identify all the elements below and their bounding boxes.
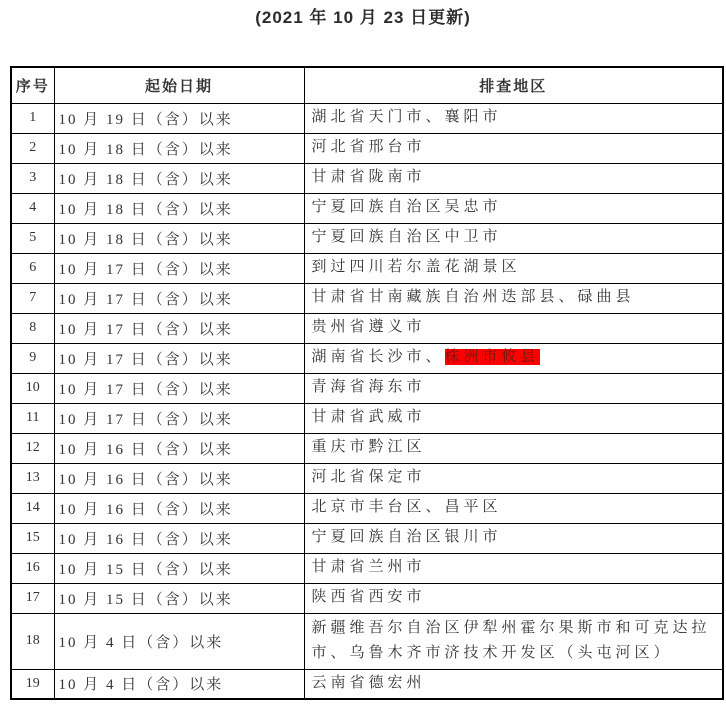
screening-table: 序号 起始日期 排查地区 1 10 月 19 日（含）以来 湖北省天门市、襄阳市… [10,66,724,700]
region-text: 湖南省长沙市、 [312,349,445,365]
region-cell: 到过四川若尔盖花湖景区 [304,253,723,283]
region-cell: 湖南省长沙市、株洲市攸县 [304,343,723,373]
region-cell: 甘肃省武威市 [304,403,723,433]
row-number-cell: 6 [11,253,54,283]
row-number-cell: 10 [11,373,54,403]
row-number-cell: 9 [11,343,54,373]
row-number-cell: 12 [11,433,54,463]
region-cell: 新疆维吾尔自治区伊犁州霍尔果斯市和可克达拉市、乌鲁木齐市济技术开发区（头屯河区） [304,613,723,669]
table-header-row: 序号 起始日期 排查地区 [11,67,723,103]
table-row: 15 10 月 16 日（含）以来 宁夏回族自治区银川市 [11,523,723,553]
row-number-cell: 11 [11,403,54,433]
start-date-cell: 10 月 17 日（含）以来 [54,283,304,313]
start-date-cell: 10 月 19 日（含）以来 [54,103,304,133]
row-number-cell: 17 [11,583,54,613]
start-date-cell: 10 月 4 日（含）以来 [54,669,304,699]
table-row: 18 10 月 4 日（含）以来 新疆维吾尔自治区伊犁州霍尔果斯市和可克达拉市、… [11,613,723,669]
start-date-cell: 10 月 4 日（含）以来 [54,613,304,669]
region-cell: 宁夏回族自治区中卫市 [304,223,723,253]
region-cell: 甘肃省甘南藏族自治州迭部县、碌曲县 [304,283,723,313]
start-date-cell: 10 月 16 日（含）以来 [54,523,304,553]
page-title: (2021 年 10 月 23 日更新) [0,0,726,29]
row-number-cell: 14 [11,493,54,523]
table-row: 16 10 月 15 日（含）以来 甘肃省兰州市 [11,553,723,583]
table-row: 2 10 月 18 日（含）以来 河北省邢台市 [11,133,723,163]
table-row: 12 10 月 16 日（含）以来 重庆市黔江区 [11,433,723,463]
table-row: 14 10 月 16 日（含）以来 北京市丰台区、昌平区 [11,493,723,523]
region-cell: 北京市丰台区、昌平区 [304,493,723,523]
start-date-cell: 10 月 17 日（含）以来 [54,373,304,403]
table-row: 7 10 月 17 日（含）以来 甘肃省甘南藏族自治州迭部县、碌曲县 [11,283,723,313]
region-cell: 宁夏回族自治区银川市 [304,523,723,553]
table-row: 11 10 月 17 日（含）以来 甘肃省武威市 [11,403,723,433]
highlighted-region: 株洲市攸县 [445,349,540,365]
region-cell: 贵州省遵义市 [304,313,723,343]
start-date-cell: 10 月 17 日（含）以来 [54,343,304,373]
table-row: 10 10 月 17 日（含）以来 青海省海东市 [11,373,723,403]
header-region: 排查地区 [304,67,723,103]
region-cell: 宁夏回族自治区吴忠市 [304,193,723,223]
region-cell: 甘肃省兰州市 [304,553,723,583]
row-number-cell: 4 [11,193,54,223]
region-cell: 陕西省西安市 [304,583,723,613]
table-row: 9 10 月 17 日（含）以来 湖南省长沙市、株洲市攸县 [11,343,723,373]
table-row: 8 10 月 17 日（含）以来 贵州省遵义市 [11,313,723,343]
region-cell: 湖北省天门市、襄阳市 [304,103,723,133]
row-number-cell: 13 [11,463,54,493]
start-date-cell: 10 月 18 日（含）以来 [54,193,304,223]
table-row: 1 10 月 19 日（含）以来 湖北省天门市、襄阳市 [11,103,723,133]
region-cell: 河北省邢台市 [304,133,723,163]
table-row: 13 10 月 16 日（含）以来 河北省保定市 [11,463,723,493]
start-date-cell: 10 月 18 日（含）以来 [54,223,304,253]
row-number-cell: 1 [11,103,54,133]
row-number-cell: 7 [11,283,54,313]
row-number-cell: 5 [11,223,54,253]
start-date-cell: 10 月 16 日（含）以来 [54,493,304,523]
start-date-cell: 10 月 16 日（含）以来 [54,433,304,463]
row-number-cell: 19 [11,669,54,699]
start-date-cell: 10 月 17 日（含）以来 [54,253,304,283]
table-row: 5 10 月 18 日（含）以来 宁夏回族自治区中卫市 [11,223,723,253]
start-date-cell: 10 月 15 日（含）以来 [54,553,304,583]
table-row: 3 10 月 18 日（含）以来 甘肃省陇南市 [11,163,723,193]
header-num: 序号 [11,67,54,103]
start-date-cell: 10 月 15 日（含）以来 [54,583,304,613]
row-number-cell: 16 [11,553,54,583]
region-cell: 青海省海东市 [304,373,723,403]
table-row: 17 10 月 15 日（含）以来 陕西省西安市 [11,583,723,613]
start-date-cell: 10 月 16 日（含）以来 [54,463,304,493]
table-row: 4 10 月 18 日（含）以来 宁夏回族自治区吴忠市 [11,193,723,223]
start-date-cell: 10 月 17 日（含）以来 [54,403,304,433]
region-cell: 甘肃省陇南市 [304,163,723,193]
row-number-cell: 15 [11,523,54,553]
start-date-cell: 10 月 17 日（含）以来 [54,313,304,343]
row-number-cell: 3 [11,163,54,193]
start-date-cell: 10 月 18 日（含）以来 [54,163,304,193]
start-date-cell: 10 月 18 日（含）以来 [54,133,304,163]
region-cell: 重庆市黔江区 [304,433,723,463]
header-date: 起始日期 [54,67,304,103]
row-number-cell: 8 [11,313,54,343]
region-cell: 云南省德宏州 [304,669,723,699]
table-row: 6 10 月 17 日（含）以来 到过四川若尔盖花湖景区 [11,253,723,283]
region-cell: 河北省保定市 [304,463,723,493]
row-number-cell: 2 [11,133,54,163]
table-row: 19 10 月 4 日（含）以来 云南省德宏州 [11,669,723,699]
row-number-cell: 18 [11,613,54,669]
